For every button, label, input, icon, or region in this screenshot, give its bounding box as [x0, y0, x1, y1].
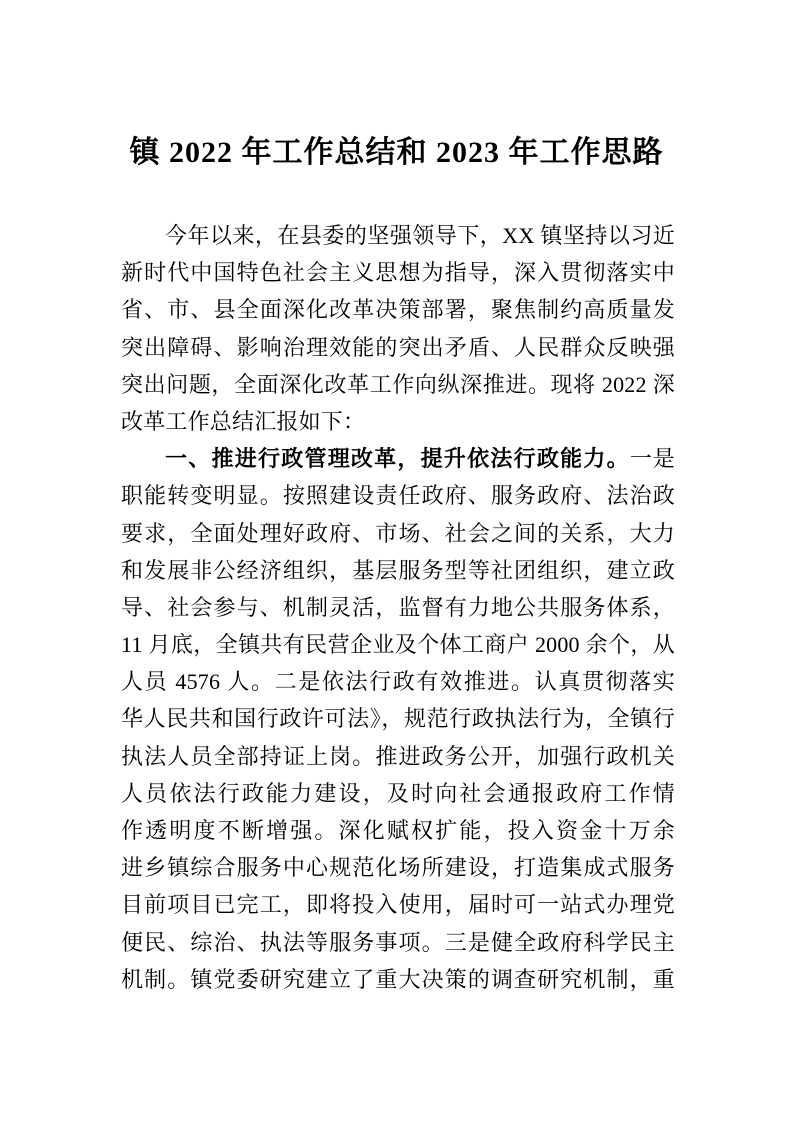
text-line: 进乡镇综合服务中心规范化场所建设，打造集成式服务大厅，: [121, 849, 675, 886]
text-line: 人员依法行政能力建设，及时向社会通报政府工作情况，工: [121, 775, 675, 812]
text-line: 11 月底，全镇共有民营企业及个体工商户 2000 余个，从业: [121, 626, 675, 663]
document-page: 镇 2022 年工作总结和 2023 年工作思路 今年以来，在县委的坚强领导下，…: [0, 0, 793, 1122]
text-line: 华人民共和国行政许可法》，规范行政执法行为，全镇行政: [121, 700, 675, 737]
document-title: 镇 2022 年工作总结和 2023 年工作思路: [0, 134, 793, 172]
section-one-heading: 一、推进行政管理改革，提升依法行政能力。: [165, 446, 630, 471]
text-line: 导、社会参与、机制灵活，监督有力地公共服务体系，截止: [121, 589, 675, 626]
document-body: 今年以来，在县委的坚强领导下，XX 镇坚持以习近平 新时代中国特色社会主义思想为…: [121, 217, 675, 998]
text-line: 今年以来，在县委的坚强领导下，XX 镇坚持以习近平: [121, 217, 675, 254]
text-line: 执法人员全部持证上岗。推进政务公开，加强行政机关工作: [121, 738, 675, 775]
text-line: 作透明度不断增强。深化赋权扩能，投入资金十万余元，推: [121, 812, 675, 849]
text-line: 便民、综治、执法等服务事项。三是健全政府科学民主决策: [121, 924, 675, 961]
text-line: 人员 4576 人。二是依法行政有效推进。认真贯彻落实《中: [121, 663, 675, 700]
text-line: 职能转变明显。按照建设责任政府、服务政府、法治政府的: [121, 477, 675, 514]
text-line: 突出障碍、影响治理效能的突出矛盾、人民群众反映强烈的: [121, 329, 675, 366]
text-line: 突出问题，全面深化改革工作向纵深推进。现将 2022 深化: [121, 366, 675, 403]
text-line: 目前项目已完工，即将投入使用，届时可一站式办理党群、: [121, 886, 675, 923]
text-line: 要求，全面处理好政府、市场、社会之间的关系，大力培育: [121, 515, 675, 552]
text-line: 和发展非公经济组织，基层服务型等社团组织，建立政府主: [121, 552, 675, 589]
text-line: 省、市、县全面深化改革决策部署，聚焦制约高质量发展的: [121, 291, 675, 328]
text-line: 改革工作总结汇报如下：: [121, 403, 675, 440]
text-line: 一、推进行政管理改革，提升依法行政能力。一是政府: [121, 440, 675, 477]
text-line: 机制。镇党委研究建立了重大决策的调查研究机制，重大事: [121, 961, 675, 998]
text-line: 新时代中国特色社会主义思想为指导，深入贯彻落实中央、: [121, 254, 675, 291]
